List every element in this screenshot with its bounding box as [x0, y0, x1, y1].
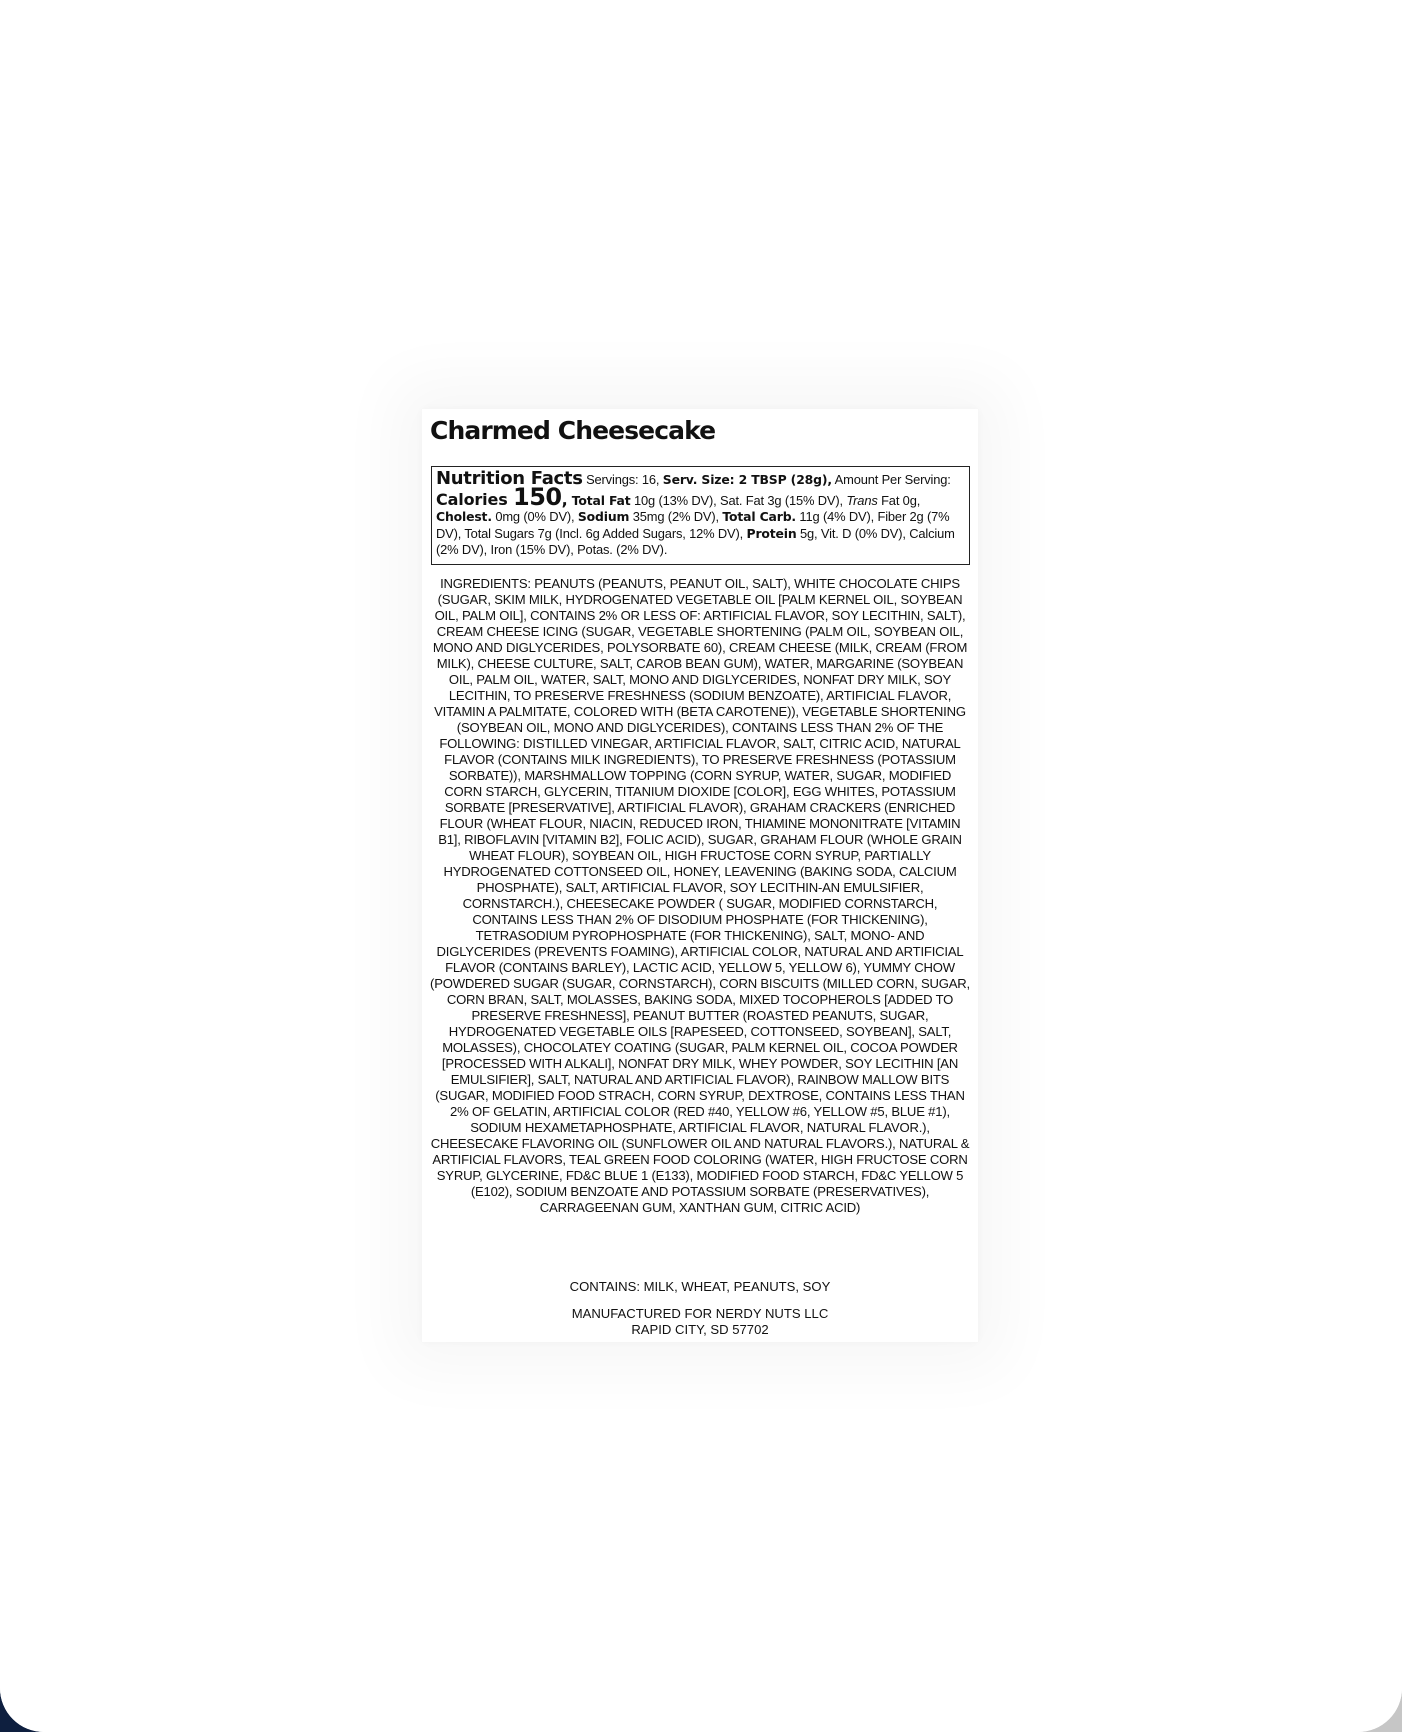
manufacturer-name: MANUFACTURED FOR NERDY NUTS LLC [572, 1306, 829, 1321]
product-title: Charmed Cheesecake [430, 409, 970, 450]
allergen-statement: CONTAINS: MILK, WHEAT, PEANUTS, SOY [430, 1279, 970, 1295]
sodium-label: Sodium [578, 509, 629, 524]
calories-value: 150 [513, 483, 562, 511]
ingredients-list: INGREDIENTS: PEANUTS (PEANUTS, PEANUT OI… [430, 576, 970, 1216]
product-label-card: Charmed Cheesecake Nutrition Facts Servi… [422, 409, 978, 1342]
sodium-value: 35mg (2% DV), [629, 509, 722, 524]
total-fat-value: 10g (13% DV), Sat. Fat 3g (15% DV), [631, 493, 847, 508]
total-carb-label: Total Carb. [722, 509, 796, 524]
amount-per-serving: Amount Per Serving: [832, 472, 951, 487]
calories-label: Calories [436, 490, 513, 509]
trans-fat-label: Trans [846, 493, 877, 508]
total-fat-label: Total Fat [568, 493, 631, 508]
image-viewer-canvas: Charmed Cheesecake Nutrition Facts Servi… [0, 0, 1402, 1732]
nutrition-facts-panel: Nutrition Facts Servings: 16, Serv. Size… [431, 466, 970, 565]
protein-label: Protein [747, 526, 797, 541]
servings-text: Servings: 16, [583, 472, 663, 487]
manufacturer-info: MANUFACTURED FOR NERDY NUTS LLC RAPID CI… [430, 1306, 970, 1338]
manufacturer-address: RAPID CITY, SD 57702 [631, 1322, 768, 1337]
image-viewer-window: Charmed Cheesecake Nutrition Facts Servi… [0, 0, 1402, 1732]
serving-size: Serv. Size: 2 TBSP (28g), [663, 472, 832, 487]
trans-fat-value: Fat 0g, [878, 493, 921, 508]
cholesterol-label: Cholest. [436, 509, 492, 524]
cholesterol-value: 0mg (0% DV), [492, 509, 578, 524]
